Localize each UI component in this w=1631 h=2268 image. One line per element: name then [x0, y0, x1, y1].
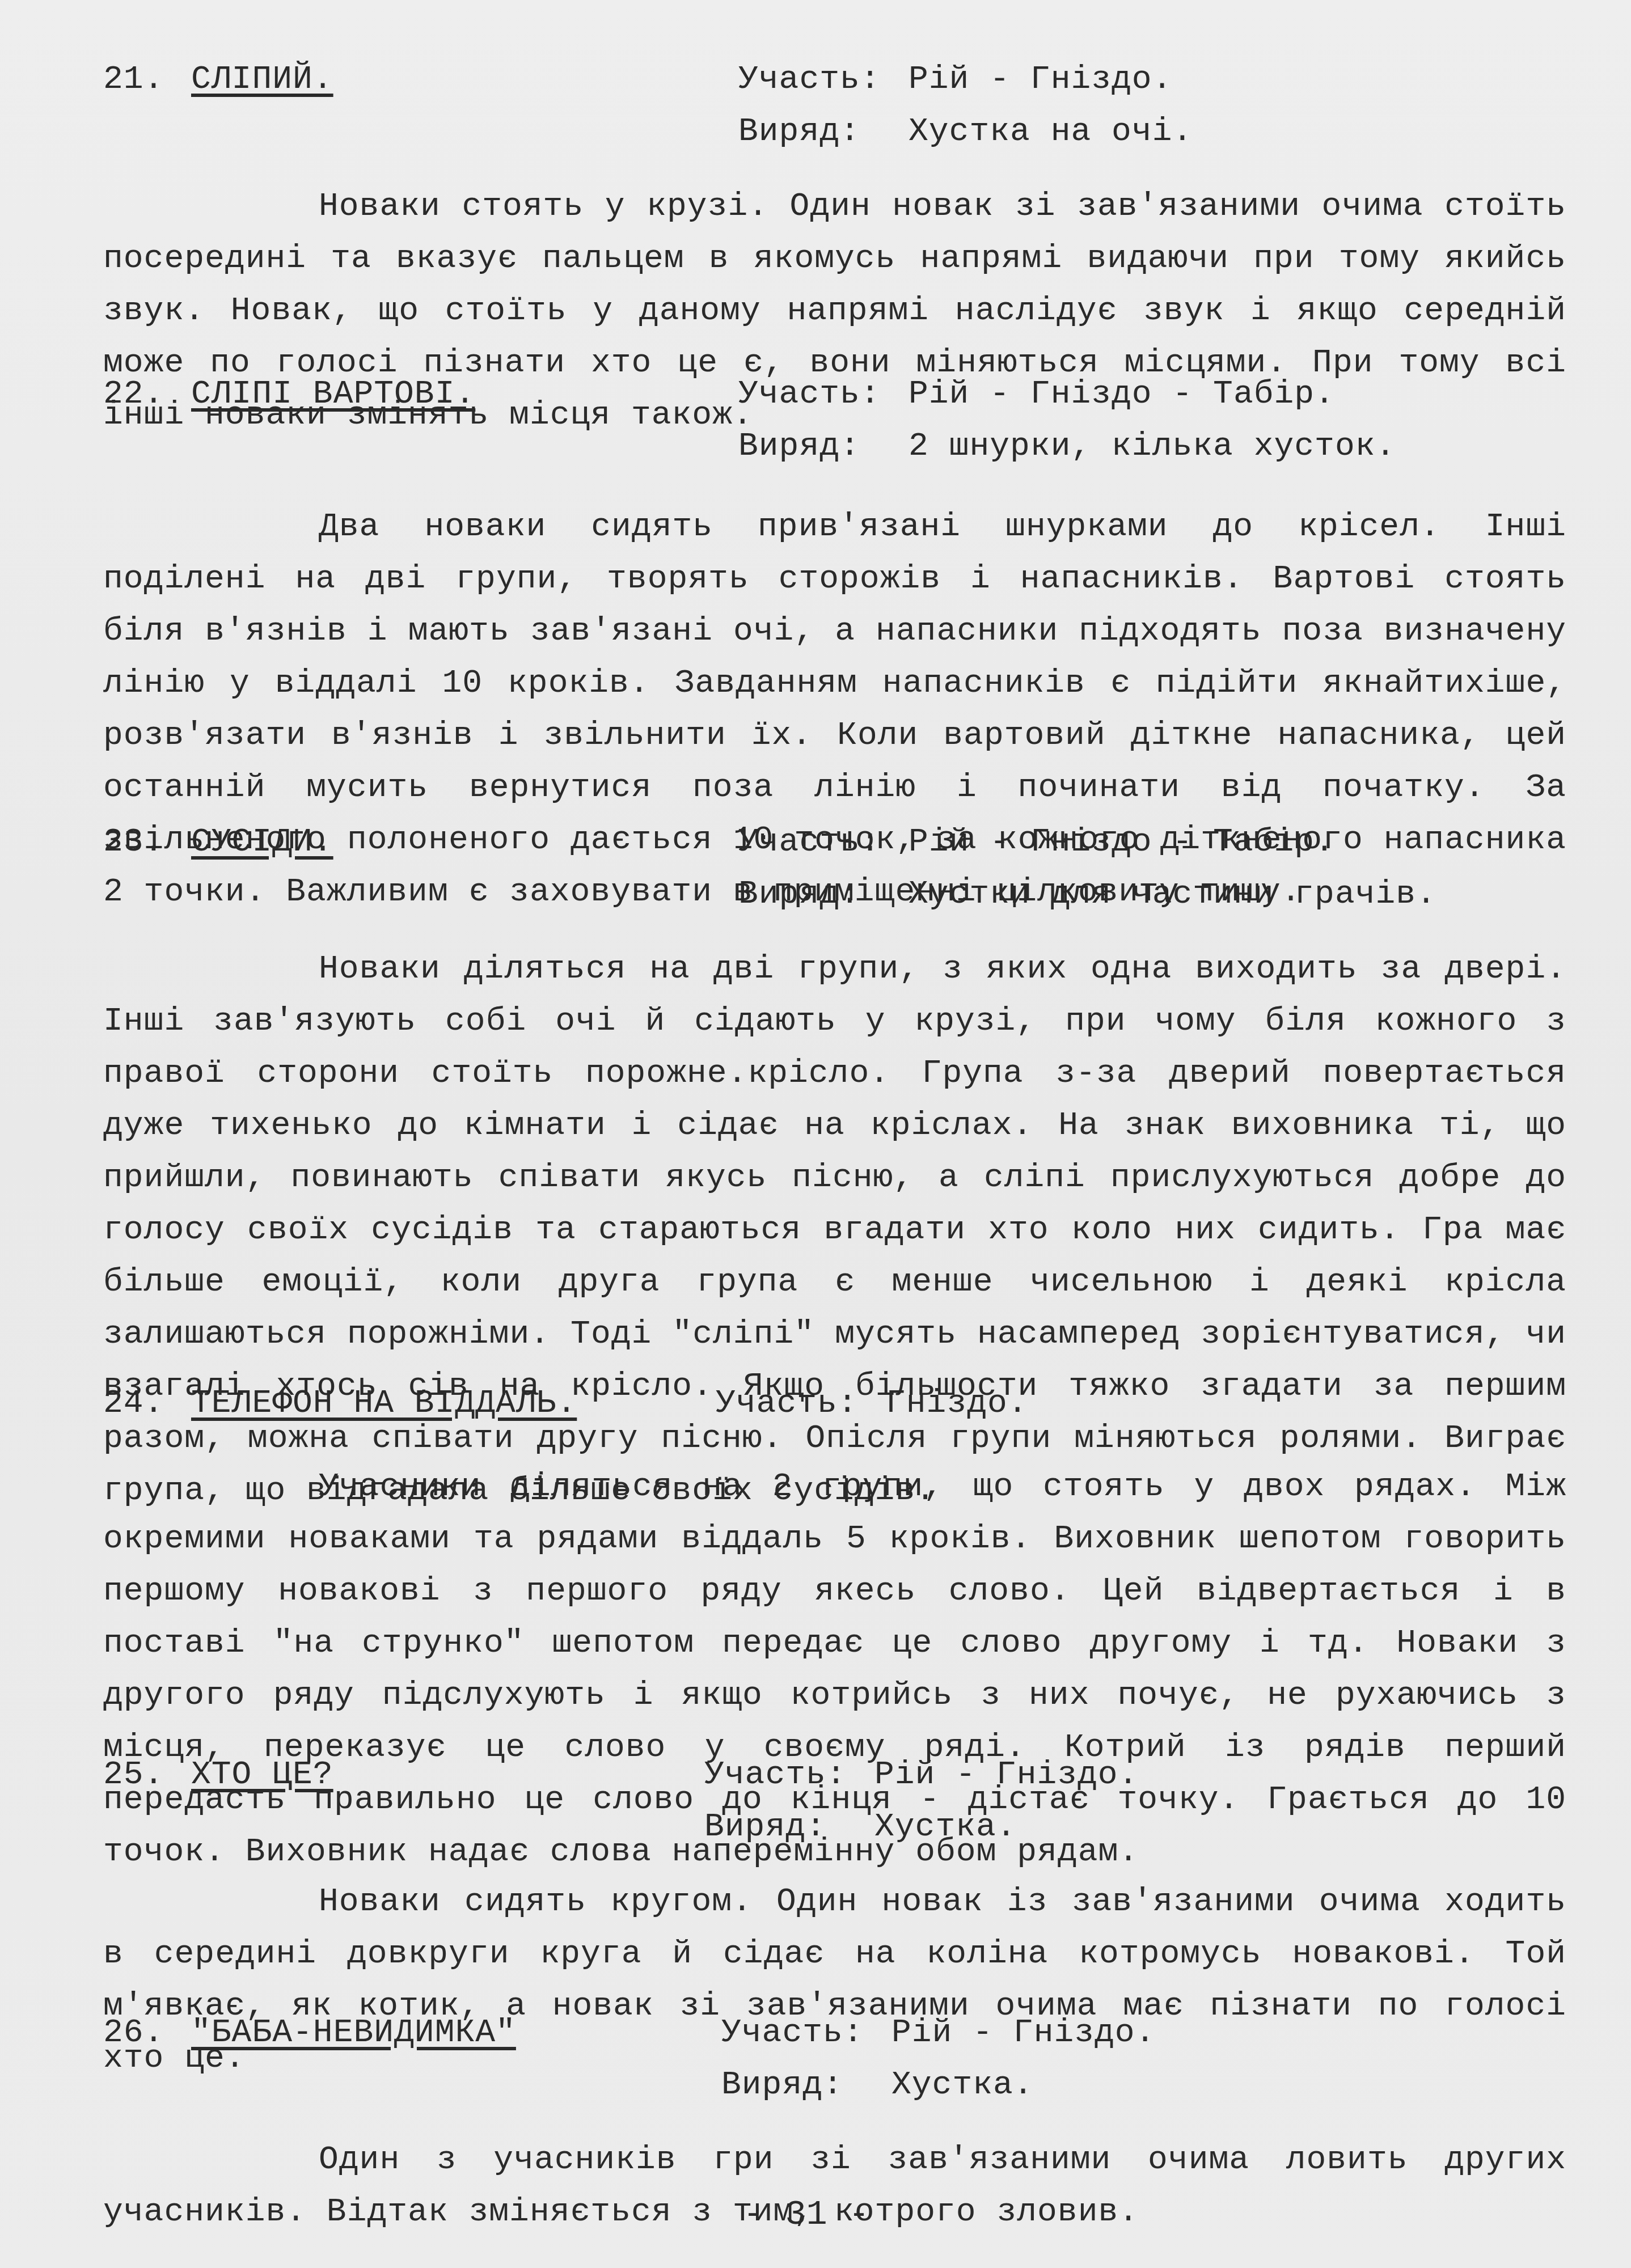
participation: Участь:Рій - Гніздо - Табір. [738, 816, 1335, 869]
participation: Участь:Рій - Гніздо - Табір. [738, 369, 1335, 421]
participation-value: Рій - Гніздо. [909, 61, 1172, 98]
participation-label: Участь: [738, 816, 909, 869]
equipment-value: Хустка. [874, 1809, 1017, 1846]
equipment-label: Виряд: [738, 869, 909, 921]
game-title: ХТО ЦЕ? [191, 1749, 333, 1801]
game-number: 24. [103, 1378, 164, 1430]
equipment-value: 2 шнурки, кілька хусток. [909, 428, 1396, 465]
equipment: Виряд:Хустка. [704, 1801, 1017, 1854]
game-number: 23. [103, 816, 164, 869]
participation: Участь:Рій - Гніздо. [704, 1749, 1138, 1801]
participation-value: Рій - Гніздо - Табір. [909, 376, 1335, 413]
participation-value: Гніздо. [886, 1385, 1028, 1422]
game-header: 23. СУСІДИ. Участь:Рій - Гніздо - Табір. [103, 816, 1566, 869]
participation-label: Участь: [738, 54, 909, 106]
equipment-value: Хустка на очі. [909, 113, 1193, 150]
participation: Участь:Рій - Гніздо. [738, 54, 1172, 106]
equipment-value: Хустки для частини грачів. [909, 876, 1436, 913]
game-number: 25. [103, 1749, 164, 1801]
game-number: 26. [103, 2007, 164, 2059]
typewritten-page: 21. СЛІПИЙ. Участь:Рій - Гніздо. Виряд:Х… [0, 0, 1631, 2268]
participation-label: Участь: [704, 1749, 874, 1801]
participation-label: Участь: [721, 2007, 891, 2059]
game-header: 24. ТЕЛЕФОН НА ВІДДАЛЬ. Участь:Гніздо. [103, 1378, 1566, 1430]
participation-value: Рій - Гніздо. [891, 2015, 1155, 2051]
participation-label: Участь: [716, 1378, 886, 1430]
equipment-label: Виряд: [738, 106, 909, 158]
game-number: 22. [103, 369, 164, 421]
equipment-row: Виряд:Хустка. [103, 1801, 1566, 1854]
equipment: Виряд:2 шнурки, кілька хусток. [738, 421, 1396, 473]
equipment: Виряд:Хустка. [721, 2059, 1034, 2112]
game-title: СЛІПИЙ. [191, 54, 333, 106]
equipment-row: Виряд:Хустка. [103, 2059, 1566, 2112]
game-header: 22. СЛІПІ ВАРТОВІ. Участь:Рій - Гніздо -… [103, 369, 1566, 421]
game-title: "БАБА-НЕВИДИМКА" [191, 2007, 516, 2059]
participation: Участь:Гніздо. [716, 1378, 1028, 1430]
game-title: СУСІДИ. [191, 816, 333, 869]
equipment-label: Виряд: [738, 421, 909, 473]
equipment-value: Хустка. [891, 2067, 1034, 2104]
game-title: СЛІПІ ВАРТОВІ. [191, 369, 475, 421]
participation-value: Рій - Гніздо - Табір. [909, 824, 1335, 861]
participation: Участь:Рій - Гніздо. [721, 2007, 1155, 2059]
equipment: Виряд:Хустки для частини грачів. [738, 869, 1436, 921]
game-header: 25. ХТО ЦЕ? Участь:Рій - Гніздо. [103, 1749, 1566, 1801]
equipment-row: Виряд:Хустка на очі. [103, 106, 1566, 158]
equipment-row: Виряд:2 шнурки, кілька хусток. [103, 421, 1566, 473]
equipment-row: Виряд:Хустки для частини грачів. [103, 869, 1566, 921]
page-number: - 31 - [743, 2194, 869, 2235]
equipment-label: Виряд: [721, 2059, 891, 2112]
equipment-label: Виряд: [704, 1801, 874, 1854]
participation-label: Участь: [738, 369, 909, 421]
game-header: 21. СЛІПИЙ. Участь:Рій - Гніздо. [103, 54, 1566, 106]
game-title: ТЕЛЕФОН НА ВІДДАЛЬ. [191, 1378, 577, 1430]
game-number: 21. [103, 54, 164, 106]
game-header: 26. "БАБА-НЕВИДИМКА" Участь:Рій - Гніздо… [103, 2007, 1566, 2059]
participation-value: Рій - Гніздо. [874, 1757, 1138, 1793]
equipment: Виряд:Хустка на очі. [738, 106, 1193, 158]
